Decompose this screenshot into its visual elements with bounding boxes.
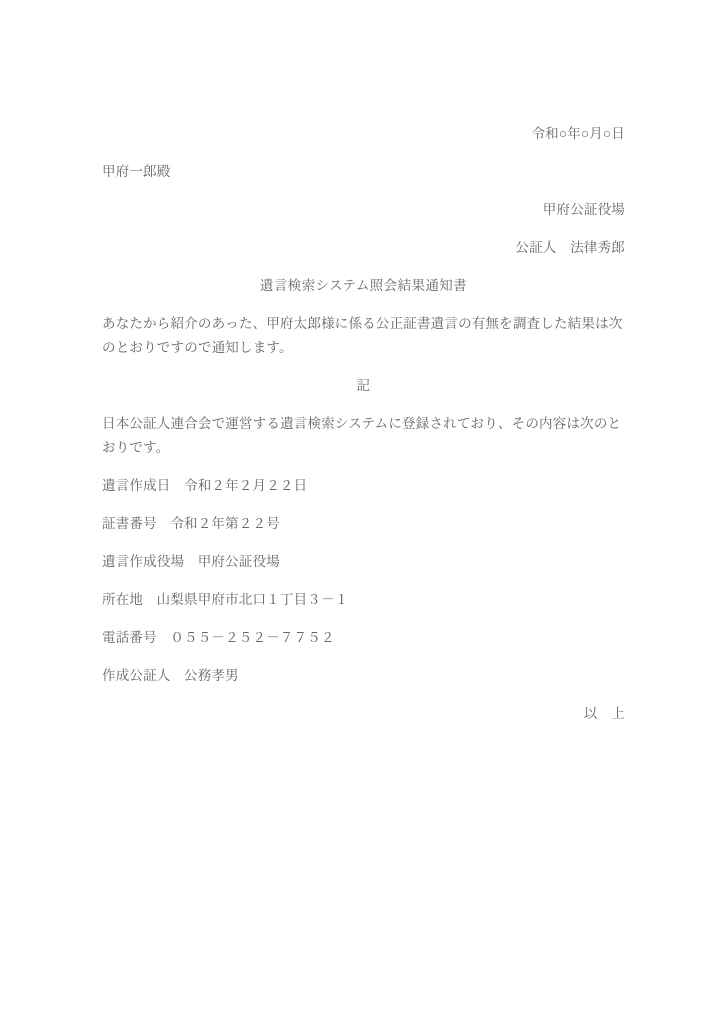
detail-creating-notary: 作成公証人公務孝男 [102,664,625,688]
body-paragraph: 日本公証人連合会で運営する遺言検索システムに登録されており、その内容は次のとおり… [102,412,625,460]
detail-label: 証書番号 [102,512,157,536]
notification-letter-page: 令和○年○月○日 甲府一郎殿 甲府公証役場 公証人 法律秀郎 遺言検索システム照… [0,0,724,1024]
detail-value: 甲府公証役場 [198,550,280,574]
detail-value: 山梨県甲府市北口１丁目３－１ [157,588,349,612]
closing-mark: 以 上 [102,702,625,726]
sender-office: 甲府公証役場 [102,198,625,222]
detail-value: 令和２年２月２２日 [184,474,307,498]
detail-label: 遺言作成日 [102,474,171,498]
document-title: 遺言検索システム照会結果通知書 [102,274,625,298]
sender-notary: 公証人 法律秀郎 [102,236,625,260]
detail-label: 電話番号 [102,626,157,650]
detail-will-creation-date: 遺言作成日令和２年２月２２日 [102,474,625,498]
recipient-name: 甲府一郎殿 [102,160,625,184]
document-date: 令和○年○月○日 [102,122,625,146]
intro-paragraph: あなたから紹介のあった、甲府太郎様に係る公正証書遺言の有無を調査した結果は次のと… [102,312,625,360]
detail-value: 令和２年第２２号 [170,512,280,536]
detail-creation-office: 遺言作成役場甲府公証役場 [102,550,625,574]
detail-value: ０５５－２５２－７７５２ [170,626,334,650]
detail-value: 公務孝男 [184,664,239,688]
detail-deed-number: 証書番号令和２年第２２号 [102,512,625,536]
detail-label: 所在地 [102,588,143,612]
detail-address: 所在地山梨県甲府市北口１丁目３－１ [102,588,625,612]
detail-label: 遺言作成役場 [102,550,184,574]
record-marker: 記 [102,374,625,398]
detail-phone-number: 電話番号０５５－２５２－７７５２ [102,626,625,650]
detail-label: 作成公証人 [102,664,171,688]
